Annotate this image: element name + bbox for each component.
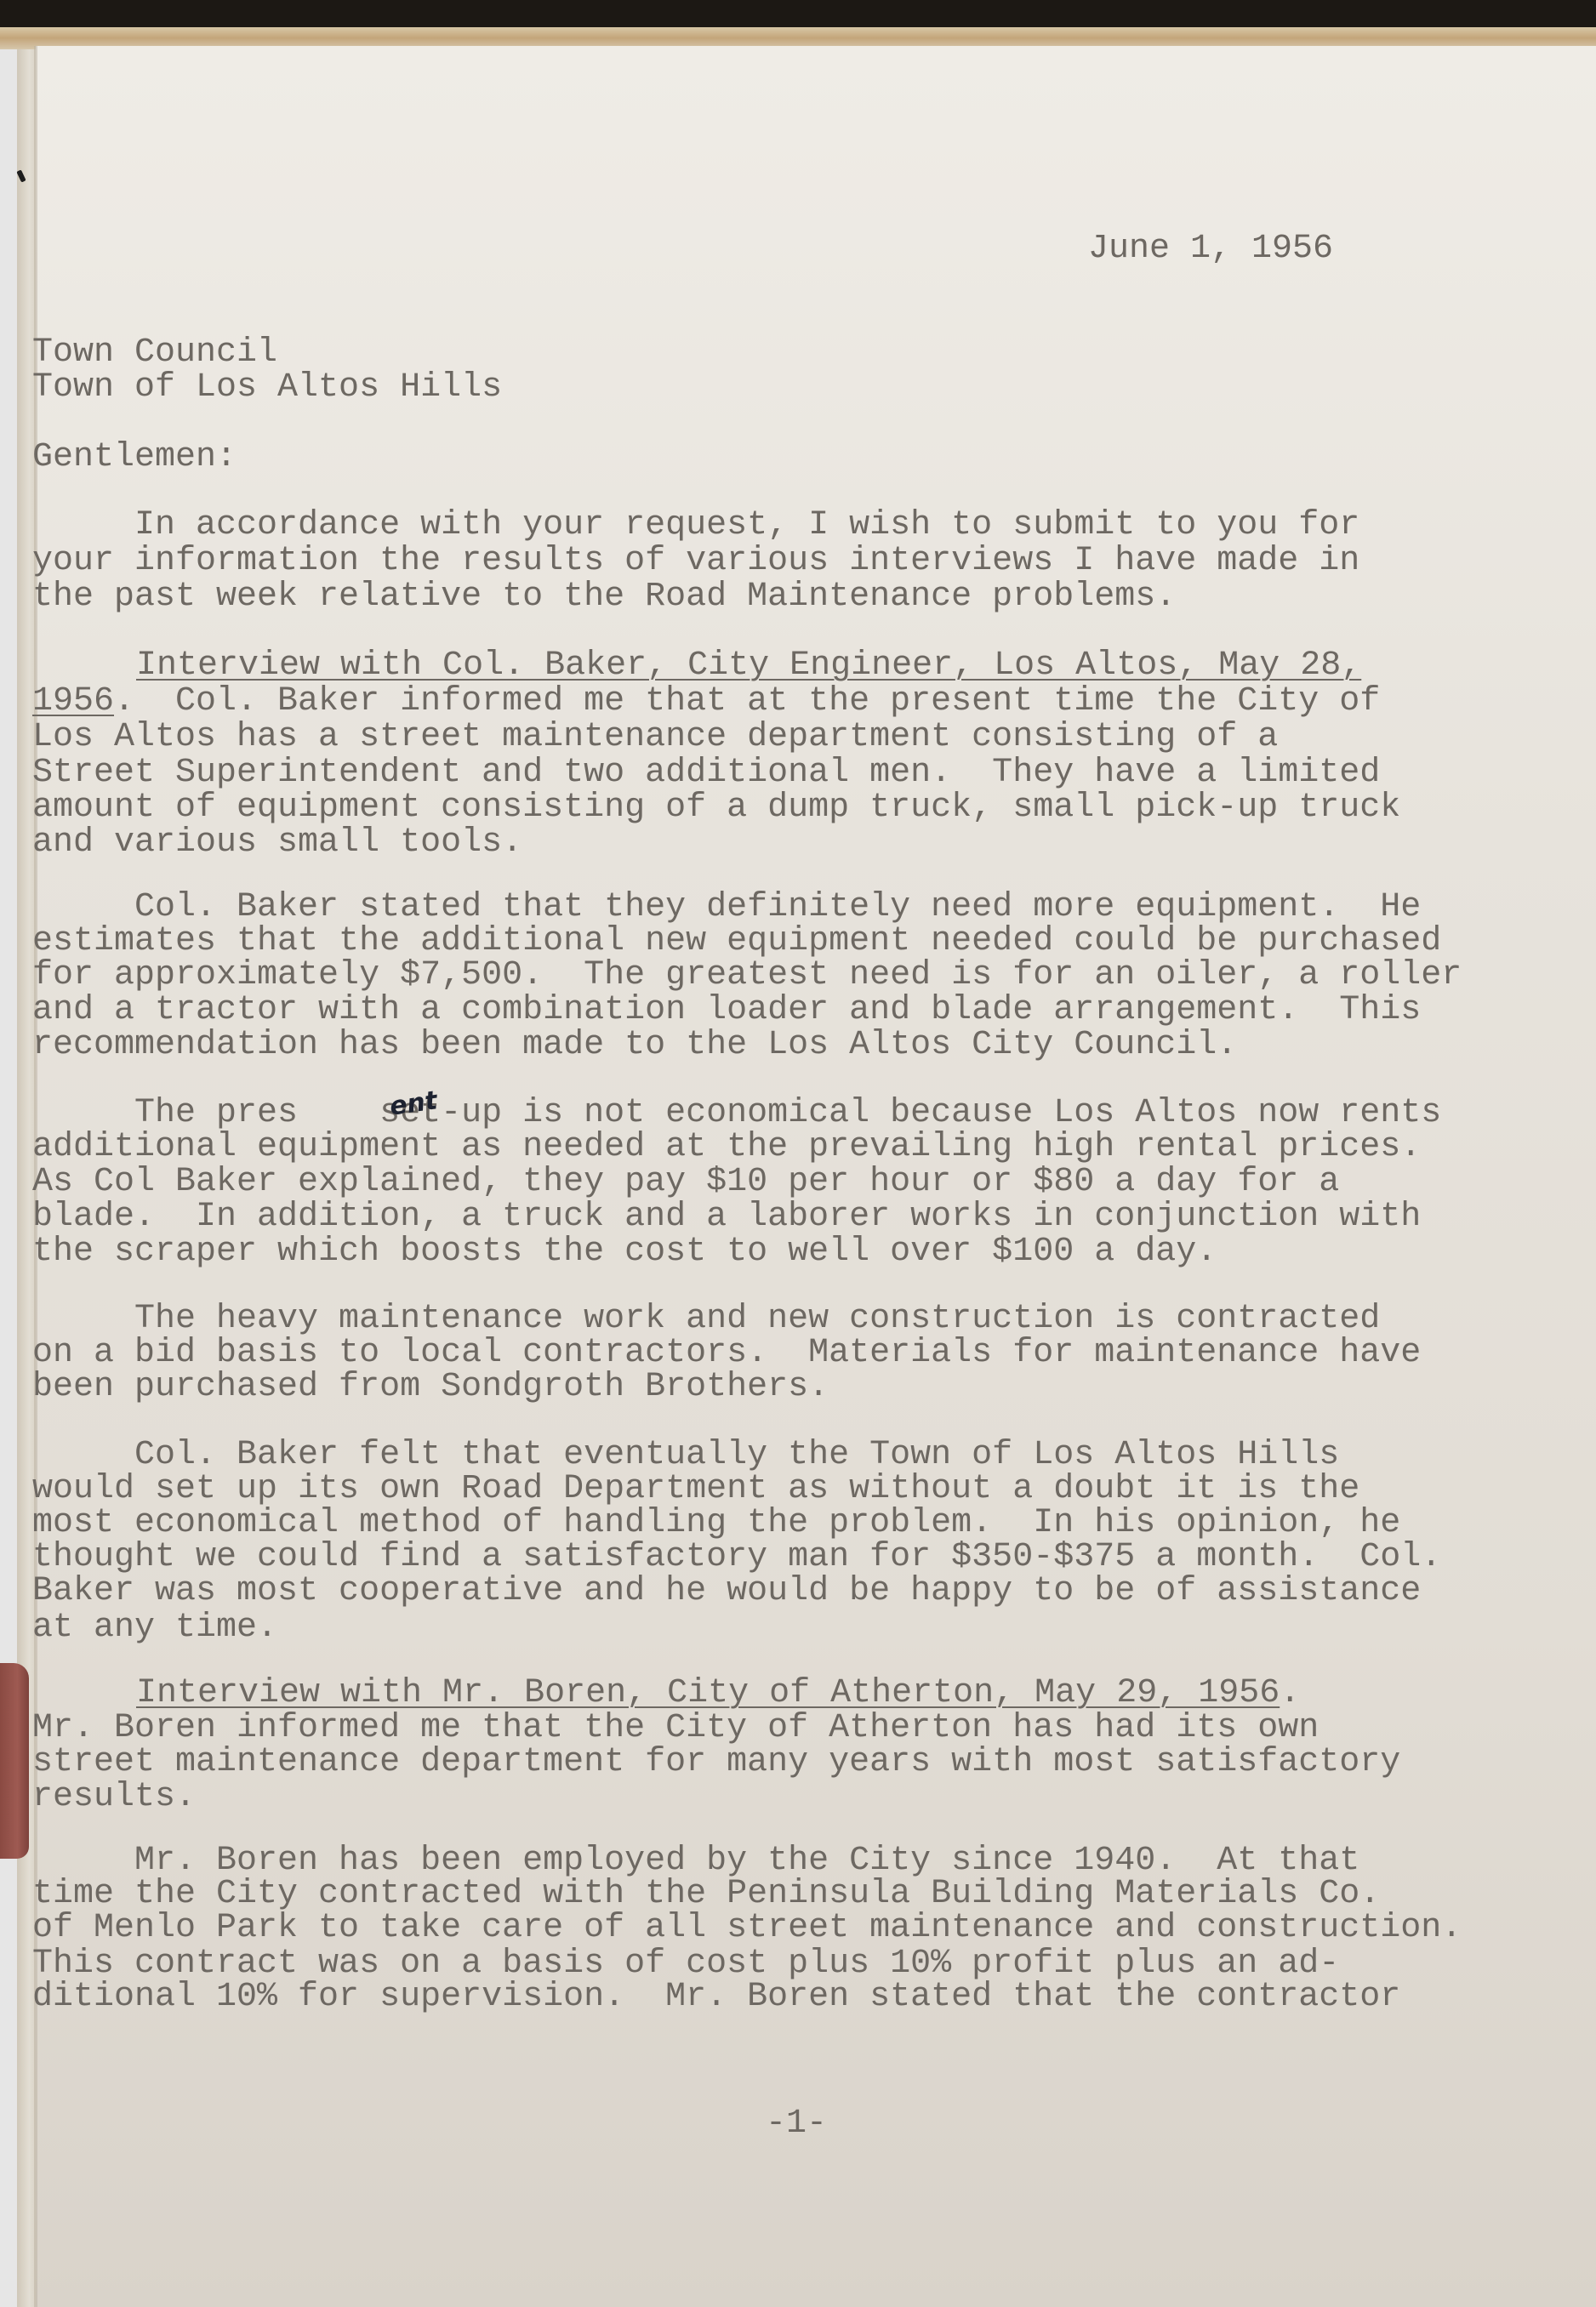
text-line: Mr. Boren informed me that the City of A… (32, 1711, 1319, 1746)
text-line: Interview with Mr. Boren, City of Athert… (136, 1676, 1300, 1711)
text-line: recommendation has been made to the Los … (32, 1028, 1237, 1062)
interview-heading-baker: Interview with Col. Baker, City Engineer… (136, 648, 1361, 683)
text-line: and various small tools. (32, 825, 522, 860)
previous-page-edge (0, 49, 19, 2307)
text-line: of Menlo Park to take care of all street… (32, 1911, 1462, 1945)
text-line: This contract was on a basis of cost plu… (32, 1946, 1339, 1981)
text-line: for approximately $7,500. The greatest n… (32, 958, 1462, 993)
text-line: most economical method of handling the p… (32, 1506, 1400, 1541)
text-line: thought we could find a satisfactory man… (32, 1540, 1441, 1575)
text-line: In accordance with your request, I wish … (32, 508, 1359, 543)
text-line: would set up its own Road Department as … (32, 1472, 1359, 1507)
text-line: Col. Baker stated that they definitely n… (32, 890, 1421, 925)
text-line: Baker was most cooperative and he would … (32, 1574, 1421, 1609)
text-line: The heavy maintenance work and new const… (32, 1302, 1380, 1336)
interview-heading-boren: Interview with Mr. Boren, City of Athert… (136, 1674, 1280, 1712)
text-line: 1956. Col. Baker informed me that at the… (32, 684, 1380, 719)
text-line: the scraper which boosts the cost to wel… (32, 1234, 1217, 1269)
text-line: amount of equipment consisting of a dump… (32, 790, 1400, 825)
recipient-line-1: Town Council (32, 335, 277, 370)
text-line: As Col Baker explained, they pay $10 per… (32, 1165, 1339, 1199)
text-line: Street Superintendent and two additional… (32, 755, 1380, 790)
background-dark-band (0, 0, 1596, 29)
recipient-line-2: Town of Los Altos Hills (32, 370, 502, 405)
text-line: on a bid basis to local contractors. Mat… (32, 1336, 1421, 1370)
text-line: at any time. (32, 1610, 277, 1645)
text-line: Los Altos has a street maintenance depar… (32, 720, 1278, 755)
finger-holding-page (0, 1663, 29, 1859)
text-line: The pres set-up is not economical becaus… (32, 1096, 1441, 1131)
text-line: ditional 10% for supervision. Mr. Boren … (32, 1979, 1400, 2014)
text-line: additional equipment as needed at the pr… (32, 1130, 1421, 1165)
text-line: your information the results of various … (32, 544, 1359, 578)
heading-period: . (1280, 1674, 1300, 1712)
text-line: Mr. Boren has been employed by the City … (32, 1843, 1359, 1878)
text-line: the past week relative to the Road Maint… (32, 579, 1176, 614)
salutation: Gentlemen: (32, 440, 237, 475)
text-line: been purchased from Sondgroth Brothers. (32, 1370, 829, 1404)
text-line: street maintenance department for many y… (32, 1745, 1400, 1780)
page-number: -1- (766, 2106, 827, 2141)
letter-date: June 1, 1956 (1088, 231, 1333, 266)
text-line: and a tractor with a combination loader … (32, 993, 1421, 1028)
text-line: time the City contracted with the Penins… (32, 1877, 1380, 1911)
text-line: blade. In addition, a truck and a labore… (32, 1199, 1421, 1234)
text-line-rest: . Col. Baker informed me that at the pre… (114, 682, 1380, 721)
text-line: Col. Baker felt that eventually the Town… (32, 1438, 1339, 1472)
heading-year: 1956 (32, 682, 114, 721)
text-line: estimates that the additional new equipm… (32, 924, 1441, 959)
text-line: results. (32, 1780, 196, 1814)
